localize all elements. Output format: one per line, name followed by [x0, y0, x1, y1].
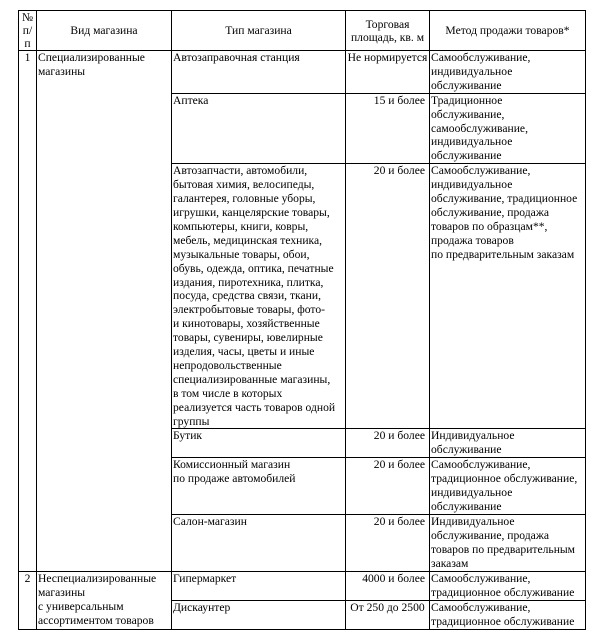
- table-row: 2 Неспециализированные магазины с универ…: [19, 572, 586, 601]
- header-kind: Вид магазина: [37, 11, 172, 51]
- shop-type: Салон-магазин: [172, 515, 346, 572]
- shop-type: Комиссионный магазин по продаже автомоби…: [172, 458, 346, 515]
- row-num: 2: [19, 572, 37, 630]
- shop-type: Автозаправочная станция: [172, 51, 346, 94]
- header-num: № п/п: [19, 11, 37, 51]
- table-header-row: № п/п Вид магазина Тип магазина Торговая…: [19, 11, 586, 51]
- sale-method: Традиционное обслуживание, самообслужива…: [430, 93, 586, 164]
- shop-type: Дискаунтер: [172, 601, 346, 630]
- shop-area: 20 и более: [346, 164, 430, 429]
- sale-method: Самообслуживание, традиционное обслужива…: [430, 601, 586, 630]
- sale-method: Индивидуальное обслуживание, продажа тов…: [430, 515, 586, 572]
- shop-types-table: № п/п Вид магазина Тип магазина Торговая…: [18, 10, 586, 630]
- shop-kind: Неспециализированные магазины с универса…: [37, 572, 172, 630]
- row-num: 1: [19, 51, 37, 572]
- shop-type: Гипермаркет: [172, 572, 346, 601]
- shop-type: Аптека: [172, 93, 346, 164]
- shop-area: От 250 до 2500: [346, 601, 430, 630]
- sale-method: Самообслуживание, индивидуальное обслужи…: [430, 51, 586, 94]
- sale-method: Индивидуальное обслуживание: [430, 429, 586, 458]
- sale-method: Самообслуживание, индивидуальное обслужи…: [430, 164, 586, 429]
- shop-area: 20 и более: [346, 429, 430, 458]
- shop-type: Автозапчасти, автомобили, бытовая химия,…: [172, 164, 346, 429]
- header-area: Торговая площадь, кв. м: [346, 11, 430, 51]
- shop-area: 20 и более: [346, 515, 430, 572]
- sale-method: Самообслуживание, традиционное обслужива…: [430, 458, 586, 515]
- sale-method: Самообслуживание, традиционное обслужива…: [430, 572, 586, 601]
- shop-area: Не нормируется: [346, 51, 430, 94]
- shop-kind: Специализированные магазины: [37, 51, 172, 572]
- table-row: 1 Специализированные магазины Автозаправ…: [19, 51, 586, 94]
- shop-area: 4000 и более: [346, 572, 430, 601]
- header-method: Метод продажи товаров*: [430, 11, 586, 51]
- shop-area: 20 и более: [346, 458, 430, 515]
- shop-area: 15 и более: [346, 93, 430, 164]
- header-type: Тип магазина: [172, 11, 346, 51]
- shop-type: Бутик: [172, 429, 346, 458]
